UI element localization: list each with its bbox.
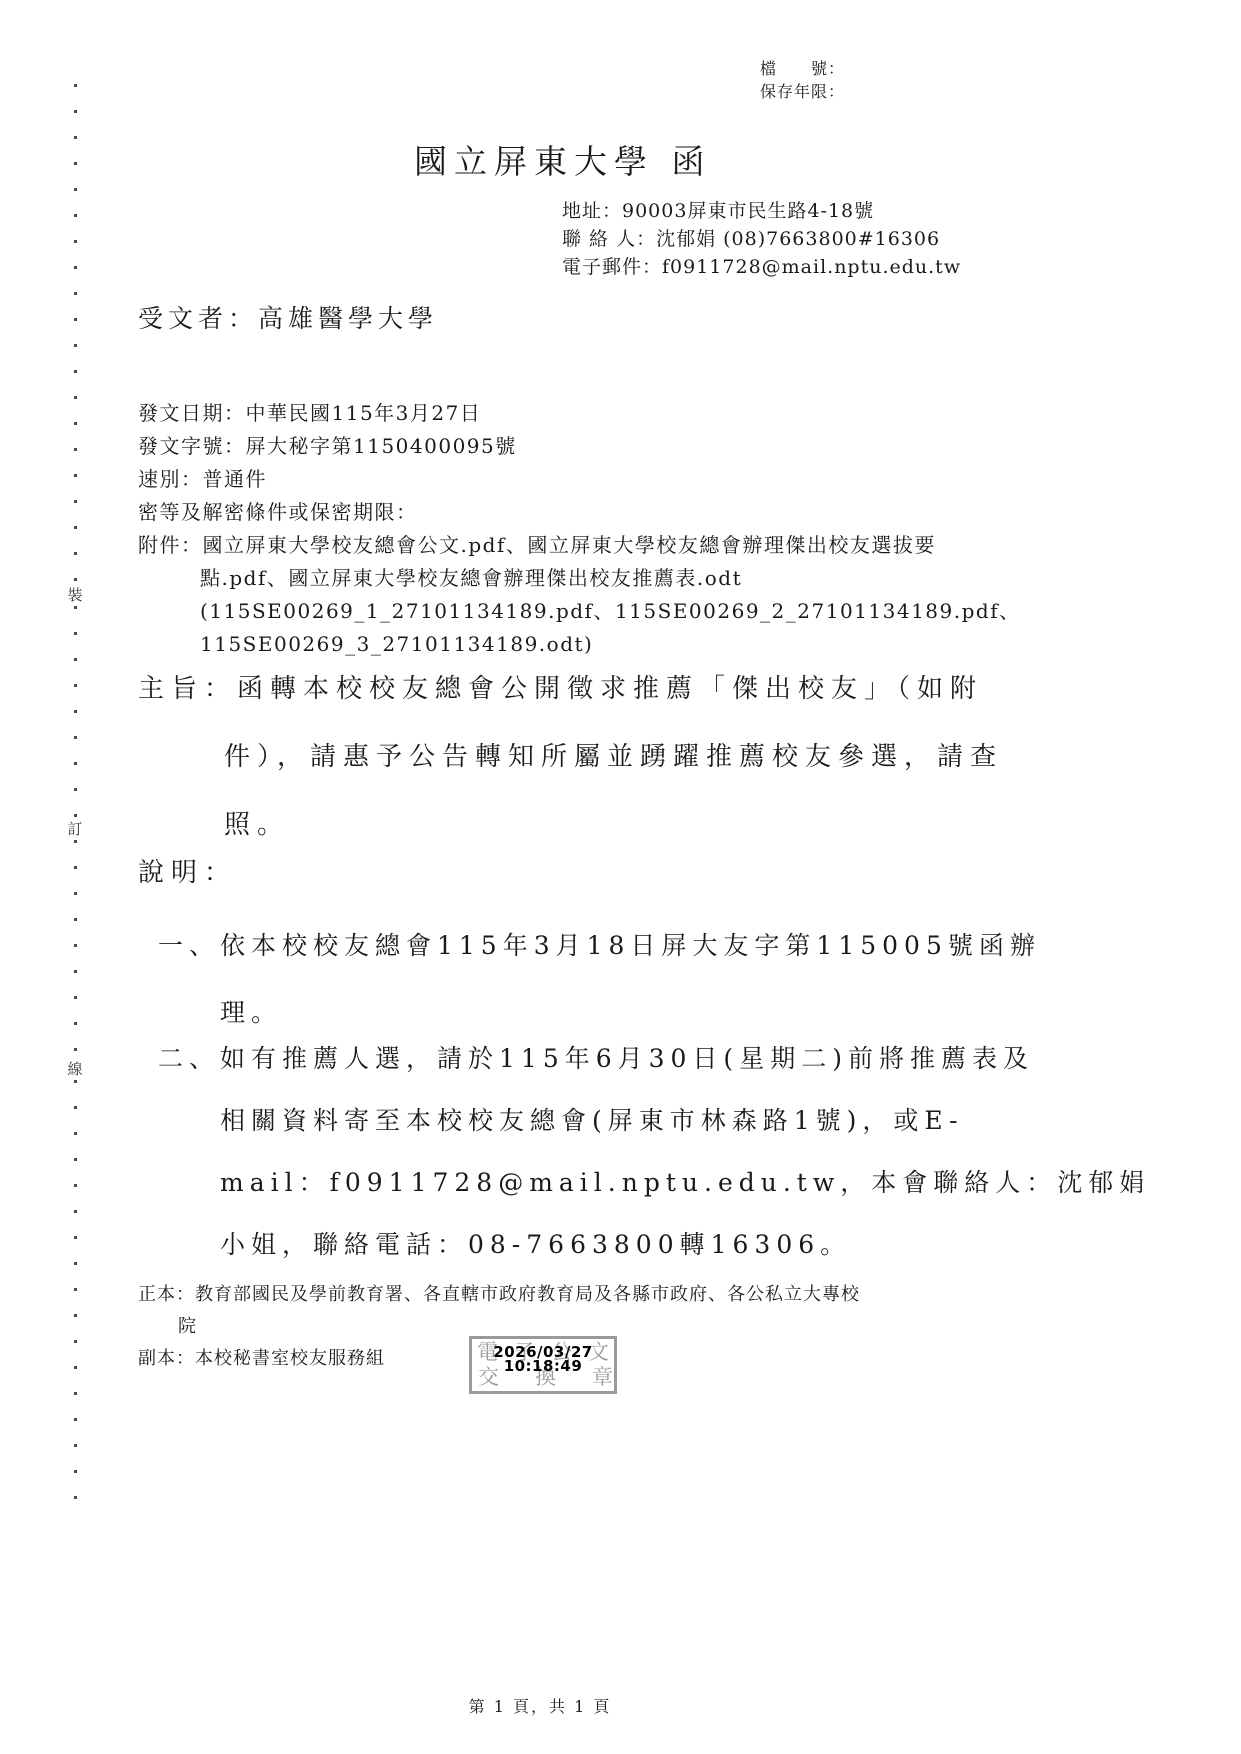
attachment-line: 附件：國立屏東大學校友總會公文.pdf、國立屏東大學校友總會辦理傑出校友選拔要 <box>138 529 1021 562</box>
subject-line: 照。 <box>224 791 1003 859</box>
description-heading: 說明： <box>138 852 237 889</box>
archive-labels: 檔 號： 保存年限： <box>760 57 845 103</box>
description-item-line: 二、如有推薦人選，請於115年6月30日(星期二)前將推薦表及 <box>158 1028 1150 1090</box>
binding-mark-xian: 線 <box>67 1058 82 1080</box>
description-item-2: 二、如有推薦人選，請於115年6月30日(星期二)前將推薦表及 相關資料寄至本校… <box>158 1028 1150 1276</box>
stamp-time: 10:18:49 <box>472 1359 614 1373</box>
document-title: 國立屏東大學 函 <box>414 136 712 183</box>
binding-dotted-line <box>74 840 77 1058</box>
original-recipients-line: 正本：教育部國民及學前教育署、各直轄市政府教育局及各縣市政府、各公私立大專校 <box>138 1279 860 1311</box>
binding-dotted-line <box>74 1080 77 1504</box>
sender-info: 地址：90003屏東市民生路4-18號 聯 絡 人：沈郁娟 (08)766380… <box>562 197 961 281</box>
page-number-footer: 第 1 頁，共 1 頁 <box>440 1694 640 1717</box>
attachment-line: 點.pdf、國立屏東大學校友總會辦理傑出校友推薦表.odt <box>200 562 1021 595</box>
binding-mark-ding: 訂 <box>67 818 82 840</box>
retention-period-label: 保存年限： <box>760 80 845 103</box>
sender-email: 電子郵件：f0911728@mail.nptu.edu.tw <box>562 253 961 281</box>
description-item-1: 一、依本校校友總會115年3月18日屏大友字第115005號函辦 理。 <box>158 912 1041 1046</box>
file-number-label: 檔 號： <box>760 57 845 80</box>
recipient-line: 受文者：高雄醫學大學 <box>138 299 438 335</box>
attachment-filenames-line: (115SE00269_1_27101134189.pdf、115SE00269… <box>200 595 1021 628</box>
description-item-line: mail：f0911728@mail.nptu.edu.tw，本會聯絡人：沈郁娟 <box>220 1152 1150 1214</box>
binding-dotted-line <box>74 606 77 818</box>
subject-line: 件），請惠予公告轉知所屬並踴躍推薦校友參選，請查 <box>224 723 1003 791</box>
subject-section: 主旨：函轉本校校友總會公開徵求推薦「傑出校友」（如附 件），請惠予公告轉知所屬並… <box>138 655 1003 859</box>
security-line: 密等及解密條件或保密期限： <box>138 496 1021 529</box>
sender-contact: 聯 絡 人：沈郁娟 (08)7663800#16306 <box>562 225 961 253</box>
binding-mark-zhuang: 裝 <box>67 584 82 606</box>
description-item-line: 小姐，聯絡電話：08-7663800轉16306。 <box>220 1214 1150 1276</box>
issue-date-line: 發文日期：中華民國115年3月27日 <box>138 397 1021 430</box>
binding-margin: 裝 訂 線 <box>66 84 84 1504</box>
official-letter-page: 裝 訂 線 檔 號： 保存年限： 國立屏東大學 函 地址：90003屏東市民生路… <box>0 0 1241 1754</box>
description-item-line: 一、依本校校友總會115年3月18日屏大友字第115005號函辦 <box>158 912 1041 979</box>
document-meta: 發文日期：中華民國115年3月27日 發文字號：屏大秘字第1150400095號… <box>138 397 1021 661</box>
priority-line: 速別：普通件 <box>138 463 1021 496</box>
subject-line: 主旨：函轉本校校友總會公開徵求推薦「傑出校友」（如附 <box>138 655 1003 723</box>
doc-number-line: 發文字號：屏大秘字第1150400095號 <box>138 430 1021 463</box>
sender-address: 地址：90003屏東市民生路4-18號 <box>562 197 961 225</box>
electronic-exchange-stamp: 電子公文 交換章 2026/03/27 10:18:49 <box>469 1336 617 1394</box>
description-item-line: 相關資料寄至本校校友總會(屏東市林森路1號)，或E- <box>220 1090 1150 1152</box>
binding-dotted-line <box>74 84 77 584</box>
stamp-datetime: 2026/03/27 10:18:49 <box>472 1345 614 1373</box>
